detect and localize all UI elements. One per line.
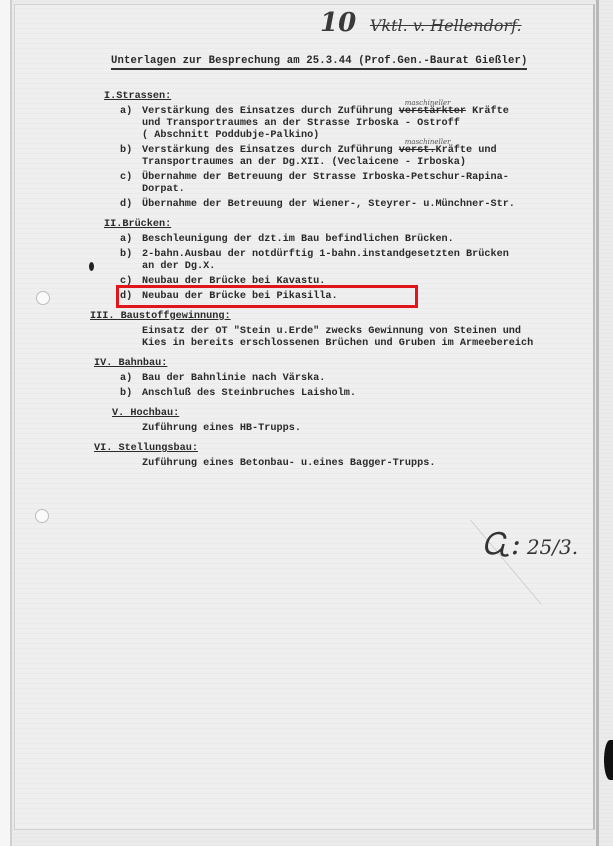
page-edge	[596, 0, 599, 846]
handwritten-insert: maschineller	[405, 97, 451, 109]
section-heading: VI. Stellungsbau:	[94, 443, 198, 455]
item-text: Übernahme der Betreuung der Wiener-, Ste…	[142, 199, 515, 211]
list-item: b)Verstärkung des Einsatzes durch Zuführ…	[120, 145, 594, 169]
punch-hole	[36, 291, 50, 305]
reference-annotation: 10 Vktl. v. Hellendorf.	[320, 8, 522, 38]
section-heading: I.Strassen:	[104, 91, 171, 103]
item-text: Verstärkung des Einsatzes durch Zuführun…	[142, 145, 497, 169]
list-item: b)2-bahn.Ausbau der notdürftig 1-bahn.in…	[120, 249, 594, 273]
item-label: d)	[120, 199, 142, 211]
document-body: I.Strassen:a)Verstärkung des Einsatzes d…	[104, 86, 594, 473]
item-label: a)	[120, 373, 142, 385]
signature-date: 25/3.	[527, 535, 578, 559]
item-label: b)	[120, 249, 142, 273]
signature-initials: Ꮹ:	[482, 527, 521, 562]
reference-number: 10	[320, 8, 356, 38]
item-label: b)	[120, 145, 142, 169]
section-heading: IV. Bahnbau:	[94, 358, 167, 370]
struck-word: verst.maschineller	[399, 145, 436, 156]
item-label: c)	[120, 172, 142, 196]
list-item: b)Anschluß des Steinbruches Laisholm.	[120, 388, 594, 400]
item-label: a)	[120, 106, 142, 142]
section-body: Zuführung eines HB-Trupps.	[142, 423, 594, 435]
item-text: Beschleunigung der dzt.im Bau befindlich…	[142, 234, 454, 246]
document-title: Unterlagen zur Besprechung am 25.3.44 (P…	[111, 55, 527, 70]
struck-word: verstärktermaschineller	[399, 106, 466, 117]
item-text: Anschluß des Steinbruches Laisholm.	[142, 388, 356, 400]
handwritten-insert: maschineller	[405, 136, 451, 148]
list-item: a)Beschleunigung der dzt.im Bau befindli…	[120, 234, 594, 246]
section-body: Zuführung eines Betonbau- u.eines Bagger…	[142, 458, 594, 470]
section-heading: III. Baustoffgewinnung:	[90, 311, 231, 323]
item-text: Bau der Bahnlinie nach Värska.	[142, 373, 325, 385]
ink-blot	[604, 740, 613, 780]
struck-reference: Vktl. v. Hellendorf.	[370, 16, 522, 35]
binding-strip	[0, 0, 12, 846]
item-label: a)	[120, 234, 142, 246]
punch-hole	[35, 509, 49, 523]
item-label: b)	[120, 388, 142, 400]
list-item: d)Übernahme der Betreuung der Wiener-, S…	[120, 199, 594, 211]
section-heading: II.Brücken:	[104, 219, 171, 231]
signature: Ꮹ:25/3.	[482, 527, 578, 562]
list-item: a)Bau der Bahnlinie nach Värska.	[120, 373, 594, 385]
list-item: c)Übernahme der Betreuung der Strasse Ir…	[120, 172, 594, 196]
section-body: Einsatz der OT "Stein u.Erde" zwecks Gew…	[142, 326, 594, 350]
item-text: Verstärkung des Einsatzes durch Zuführun…	[142, 106, 509, 142]
item-text: Übernahme der Betreuung der Strasse Irbo…	[142, 172, 509, 196]
section-heading: V. Hochbau:	[112, 408, 179, 420]
list-item: a)Verstärkung des Einsatzes durch Zuführ…	[120, 106, 594, 142]
item-text: 2-bahn.Ausbau der notdürftig 1-bahn.inst…	[142, 249, 509, 273]
ink-dot	[89, 262, 94, 271]
highlight-box	[116, 285, 418, 308]
